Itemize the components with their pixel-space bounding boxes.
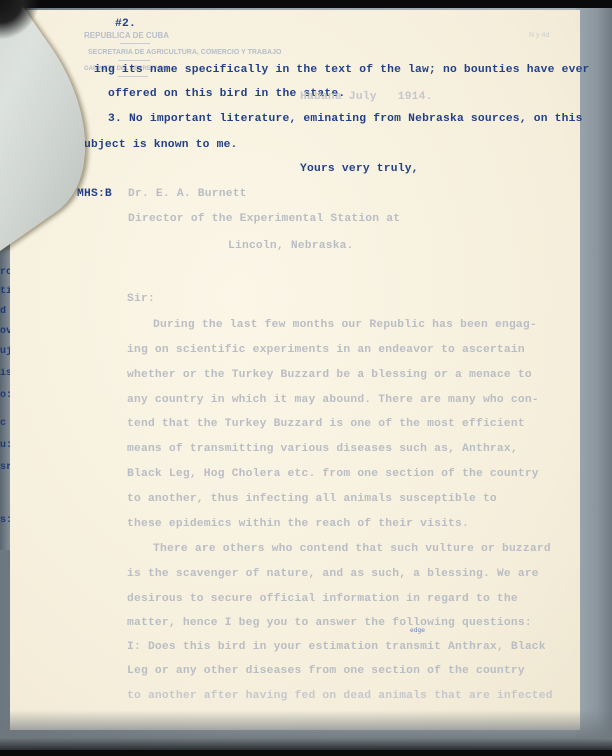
letterhead-rule bbox=[120, 43, 150, 44]
bleed-p1-line: Black Leg, Hog Cholera etc. from one sec… bbox=[127, 468, 539, 480]
bleed-p1-line: means of transmitting various diseases s… bbox=[127, 443, 518, 455]
bleed-salutation: Sir: bbox=[127, 293, 155, 305]
bleed-p1-line: whether or the Turkey Buzzard be a bless… bbox=[127, 369, 532, 381]
bleed-p1-line: tend that the Turkey Buzzard is one of t… bbox=[127, 418, 525, 430]
bleed-recipient-city: Lincoln, Nebraska. bbox=[228, 240, 354, 252]
letterhead-rule bbox=[118, 76, 148, 77]
body-line-1: ing its name specifically in the text of… bbox=[94, 64, 590, 76]
letterhead-rule bbox=[118, 60, 150, 61]
bottom-tissue-edge bbox=[0, 710, 612, 750]
bleed-p2-line: to another after having fed on dead anim… bbox=[127, 690, 553, 702]
letterhead-line-1: REPUBLICA DE CUBA bbox=[84, 31, 169, 40]
bleed-p1-line: During the last few months our Republic … bbox=[153, 319, 537, 331]
letter-page: REPUBLICA DE CUBA SECRETARIA DE AGRICULT… bbox=[10, 10, 580, 730]
bleed-recipient-title: Director of the Experimental Station at bbox=[128, 213, 400, 225]
bleed-p2-line: is the scavenger of nature, and as such,… bbox=[127, 568, 539, 580]
bleed-p1-line: these epidemics within the reach of thei… bbox=[127, 518, 469, 530]
page-marker: #2. bbox=[115, 18, 136, 30]
bleed-recipient-name: Dr. E. A. Burnett bbox=[128, 188, 247, 200]
body-line-4: subject is known to me. bbox=[77, 139, 238, 151]
bleed-p2-line: I: Does this bird in your estimation tra… bbox=[127, 641, 546, 653]
handwritten-insert: edge bbox=[410, 627, 425, 634]
scanned-document: rc ti d ov uj is o: c u: sr s: REPUBLICA… bbox=[0, 0, 612, 756]
bleed-p1-line: ing on scientific experiments in an ende… bbox=[127, 344, 525, 356]
bleed-p1-line: any country in which it may abound. Ther… bbox=[127, 394, 539, 406]
bleed-p2-line: Leg or any other diseases from one secti… bbox=[127, 665, 525, 677]
bleed-p2-line: matter, hence I beg you to answer the fo… bbox=[127, 617, 532, 629]
letterhead-line-2: SECRETARIA DE AGRICULTURA, COMERCIO Y TR… bbox=[88, 49, 281, 56]
bleed-dateline: Habana July 1914. bbox=[300, 91, 433, 103]
bleed-p1-line: to another, thus infecting all animals s… bbox=[127, 493, 497, 505]
initials: MHS:B bbox=[77, 188, 112, 200]
closing: Yours very truly, bbox=[300, 163, 419, 175]
bleed-p2-line: desirous to secure official information … bbox=[127, 593, 518, 605]
bleed-p2-line: There are others who contend that such v… bbox=[153, 543, 551, 555]
corner-shadow bbox=[0, 0, 40, 40]
body-line-3: 3. No important literature, eminating fr… bbox=[108, 113, 583, 125]
faint-page-mark: N y 4d bbox=[529, 32, 549, 39]
